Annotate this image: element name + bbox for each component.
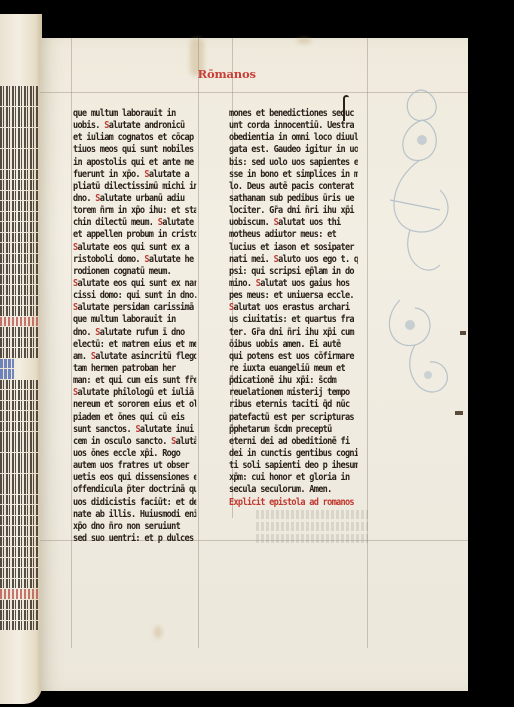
verso-text-line: [0, 537, 38, 547]
running-head: Rōmanos: [198, 68, 256, 81]
verso-text-line: [0, 589, 38, 599]
text-line: qui potens est uos cōfirmare: [229, 351, 358, 363]
text-line: re iuxta euangeliū meum et: [229, 363, 358, 375]
verso-text-line: [0, 516, 38, 526]
verso-text-line: [0, 212, 38, 222]
text-line: ti soli sapienti deo p ih̄esum: [229, 460, 358, 472]
rubricated-initial: S: [73, 302, 77, 313]
rubricated-initial: S: [73, 242, 77, 253]
text-line: d̄no. Salutate rufum ī d̄no: [73, 327, 196, 339]
verso-text-line: [0, 474, 38, 484]
text-line: lucius et iason et sosipater cōg: [229, 242, 358, 254]
text-line: lociter. Gr̄a d̄ni n̄ri ih̄u xp̄i: [229, 205, 358, 217]
verso-text-line: [0, 422, 38, 432]
text-line: ribus eternis taciti q̄d nūc: [229, 399, 358, 411]
bleed-through-text: [256, 510, 368, 546]
verso-text-line: [0, 505, 38, 515]
text-line: sed suo uentri: et p dulces s̄r: [73, 533, 196, 545]
text-line: xp̄m: cui honor et gloria in: [229, 472, 358, 484]
verso-text-line: [0, 495, 38, 505]
verso-text-line: [0, 547, 38, 557]
text-column-left: que multum laborauit inuobis. Salutate a…: [73, 108, 207, 545]
text-column-right: mones et benedictiones seducunt corda in…: [229, 108, 369, 509]
verso-text-line: [0, 432, 38, 442]
text-line: reuelationem misterij tempo: [229, 387, 358, 399]
text-line: offendicula p̄ter doctrinā quā: [73, 484, 196, 496]
text-line: eterni dei ad obeditionē fi: [229, 436, 358, 448]
text-line: mones et benedictiones seduc: [229, 108, 358, 120]
text-line: uos ōnes eccl̄e xp̄i. Rogo: [73, 448, 196, 460]
rubricated-initial: S: [144, 254, 148, 265]
text-line: fuerunt in xp̄o. Salutate a: [73, 169, 196, 181]
text-line: man: et qui cum eis sunt fr̄es.: [73, 375, 196, 387]
verso-text-line: [0, 411, 38, 421]
text-line: xp̄o d̄no n̄ro non seruiunt: [73, 521, 196, 533]
text-line: rodionem cognatū meum.: [73, 266, 196, 278]
text-line: ristoboli domo. Salutate he: [73, 254, 196, 266]
verso-text-line: [0, 222, 38, 232]
rubricated-initial: S: [104, 120, 108, 131]
text-line: mino. Salutat uos gaius hos: [229, 278, 358, 290]
verso-text-line: [0, 86, 38, 96]
text-line: piadem et ōnes qui cū eis: [73, 412, 196, 424]
text-line: autem uos fratres ut obser: [73, 460, 196, 472]
verso-text-line: [0, 296, 38, 306]
text-line: tam hermen patrobam her: [73, 363, 196, 375]
verso-text-fragment: [0, 86, 38, 646]
verso-text-line: [0, 558, 38, 568]
rubricated-initial: S: [256, 278, 260, 289]
text-line: Salutate eos qui sunt ex nar: [73, 278, 196, 290]
edge-stain: [297, 38, 311, 44]
text-line: torem n̄rm in xp̄o ih̄u: et sta: [73, 205, 196, 217]
ruling-line: [71, 38, 72, 648]
text-line: pliatū dilectissimū michi in: [73, 181, 196, 193]
verso-text-line: [0, 463, 38, 473]
text-line: nati mei. Saluto uos ego t. qui scri: [229, 254, 358, 266]
page-edge-damage: [455, 411, 463, 415]
verso-text-line: [0, 390, 38, 400]
text-line: ter. Gr̄a d̄ni n̄ri ih̄u xp̄i cum: [229, 327, 358, 339]
verso-text-line: [0, 568, 38, 578]
text-line: nate ab illis. Huiusmodi enī: [73, 509, 196, 521]
rubricated-initial: S: [229, 302, 233, 313]
text-line: sathanam sub pedibus ūris ue: [229, 193, 358, 205]
text-line: chin dilectū meum. Salutate: [73, 217, 196, 229]
verso-text-line: [0, 275, 38, 285]
rubricated-initial: S: [95, 327, 99, 338]
rubricated-initial: S: [91, 351, 95, 362]
verso-page-edge: [0, 14, 42, 704]
text-line: uobiscum. Salutat uos thi: [229, 217, 358, 229]
text-line: bis: sed uolo uos sapientes e: [229, 157, 358, 169]
verso-text-line: [0, 610, 38, 620]
verso-text-line: [0, 369, 14, 379]
text-line: pes meus: et uniuersa eccl̄e.: [229, 290, 358, 302]
text-line: cissi domo: qui sunt in d̄no.: [73, 290, 196, 302]
verso-text-line: [0, 191, 38, 201]
verso-text-line: [0, 243, 38, 253]
text-line: nereum et sororem eius et oli: [73, 399, 196, 411]
text-line: Salutate eos qui sunt ex a: [73, 242, 196, 254]
text-line: que multum laborauit in: [73, 314, 196, 326]
verso-text-line: [0, 159, 38, 169]
spot-stain: [154, 626, 162, 638]
text-line: motheus adiutor meus: et: [229, 229, 358, 241]
verso-text-line: [0, 526, 38, 536]
verso-text-line: [0, 180, 38, 190]
text-line: p̄dicationē ih̄u xp̄i: s̄cdm: [229, 375, 358, 387]
page-edge-damage: [460, 331, 466, 335]
text-line: lo. Deus autē pacis conterat: [229, 181, 358, 193]
verso-text-line: [0, 348, 38, 358]
verso-text-line: [0, 201, 38, 211]
text-line: et appellen probum in cristo.: [73, 229, 196, 241]
rubricated-initial: S: [73, 278, 77, 289]
verso-text-line: [0, 621, 38, 631]
text-line: sunt sanctos. Salutate inui: [73, 424, 196, 436]
text-line: p̄phetarum s̄cdm preceptū: [229, 424, 358, 436]
verso-text-line: [0, 128, 38, 138]
text-line: dei in cunctis gentibus cogni: [229, 448, 358, 460]
verso-text-line: [0, 149, 38, 159]
rubricated-initial: S: [95, 193, 99, 204]
verso-text-line: [0, 600, 38, 610]
text-line: et iuliam cognatos et cōcap: [73, 132, 196, 144]
text-line: ōibus uobis amen. Ei autē: [229, 339, 358, 351]
verso-text-line: [0, 285, 38, 295]
verso-text-line: [0, 484, 38, 494]
rubricated-initial: S: [144, 169, 148, 180]
verso-text-line: [0, 338, 38, 348]
text-line: secula seculorum. Amen.: [229, 484, 358, 496]
text-line: uos didicistis faciūt: et decli: [73, 497, 196, 509]
rubricated-initial: S: [73, 387, 77, 398]
verso-text-line: [0, 306, 38, 316]
text-line: us ciuitatis: et quartus fra: [229, 314, 358, 326]
verso-text-line: [0, 453, 38, 463]
verso-text-line: [0, 96, 38, 106]
verso-text-line: [0, 317, 38, 327]
verso-text-line: [0, 117, 38, 127]
verso-text-line: [0, 233, 38, 243]
verso-text-line: [0, 264, 38, 274]
rubricated-initial: S: [274, 254, 278, 265]
verso-text-line: [0, 138, 38, 148]
text-line: cem in osculo sancto. Salutāt: [73, 436, 196, 448]
text-line: unt corda innocentiū. Uestra ē: [229, 120, 358, 132]
text-line: Salutate philologū et iuliā: [73, 387, 196, 399]
text-line: patefactū est per scripturas: [229, 412, 358, 424]
explicit-rubric: Explicit epistola ad romanos: [229, 497, 358, 509]
text-line: am. Salutate asincritū flego: [73, 351, 196, 363]
text-line: uetis eos qui dissensiones et: [73, 472, 196, 484]
verso-text-line: [0, 579, 38, 589]
text-line: tiuos meos qui sunt nobiles: [73, 144, 196, 156]
text-line: d̄no. Salutate urbanū adiu: [73, 193, 196, 205]
text-line: que multum laborauit in: [73, 108, 196, 120]
rubricated-initial: S: [171, 436, 175, 447]
verso-text-line: [0, 327, 38, 337]
verso-text-line: [0, 442, 38, 452]
text-line: electū: et matrem eius et me: [73, 339, 196, 351]
rubricated-initial: S: [158, 217, 162, 228]
verso-text-line: [0, 107, 38, 117]
text-line: uobis. Salutate andronicū: [73, 120, 196, 132]
verso-text-line: [0, 254, 38, 264]
verso-text-line: [0, 359, 14, 369]
text-line: Salutate persidam carissimā: [73, 302, 196, 314]
text-line: sse in bono et simplices in ma: [229, 169, 358, 181]
rubricated-initial: S: [274, 217, 278, 228]
verso-text-line: [0, 170, 38, 180]
text-line: gata est. Gaudeo igitur in uo: [229, 144, 358, 156]
verso-text-line: [0, 401, 38, 411]
text-line: psi: qui scripsi ep̄lam in do: [229, 266, 358, 278]
rubricated-initial: S: [135, 424, 139, 435]
marginal-flourish-drawing: [380, 70, 470, 450]
text-line: in apostolis qui et ante me: [73, 157, 196, 169]
verso-text-line: [0, 380, 38, 390]
text-line: Salutat uos erastus archari: [229, 302, 358, 314]
text-line: obedientia in omni loco diuul: [229, 132, 358, 144]
